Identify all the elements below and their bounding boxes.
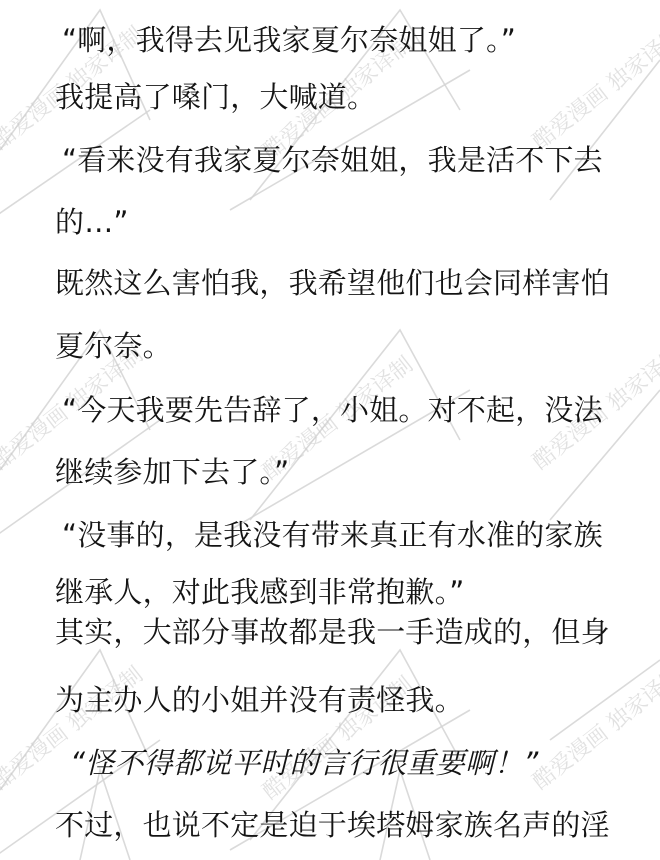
- dialogue-line: “看来没有我家夏尔奈姐姐，我是活不下去: [62, 142, 603, 178]
- narration-line: 我提高了嗓门，大喊道。: [55, 79, 376, 115]
- dialogue-continuation-line: 继承人，对此我感到非常抱歉。”: [55, 574, 465, 610]
- novel-page: “啊，我得去见我家夏尔奈姐姐了。” 我提高了嗓门，大喊道。 “看来没有我家夏尔奈…: [0, 0, 660, 860]
- dialogue-line: “没事的，是我没有带来真正有水准的家族: [62, 517, 603, 553]
- narration-line: 既然这么害怕我，我希望他们也会同样害怕: [55, 265, 610, 301]
- narration-continuation-line: 夏尔奈。: [55, 328, 172, 364]
- dialogue-continuation-line: 的…”: [55, 204, 129, 240]
- narration-continuation-line: 为主办人的小姐并没有责怪我。: [55, 682, 464, 718]
- dialogue-continuation-line: 继续参加下去了。”: [55, 454, 289, 490]
- narration-line: 不过，也说不定是迫于埃塔姆家族名声的淫: [55, 807, 610, 843]
- inner-thought-line: “怪不得都说平时的言行很重要啊！”: [70, 745, 538, 781]
- dialogue-line: “啊，我得去见我家夏尔奈姐姐了。”: [62, 22, 516, 58]
- dialogue-line: “今天我要先告辞了，小姐。对不起，没法: [62, 392, 603, 428]
- narration-line: 其实，大部分事故都是我一手造成的，但身: [55, 614, 610, 650]
